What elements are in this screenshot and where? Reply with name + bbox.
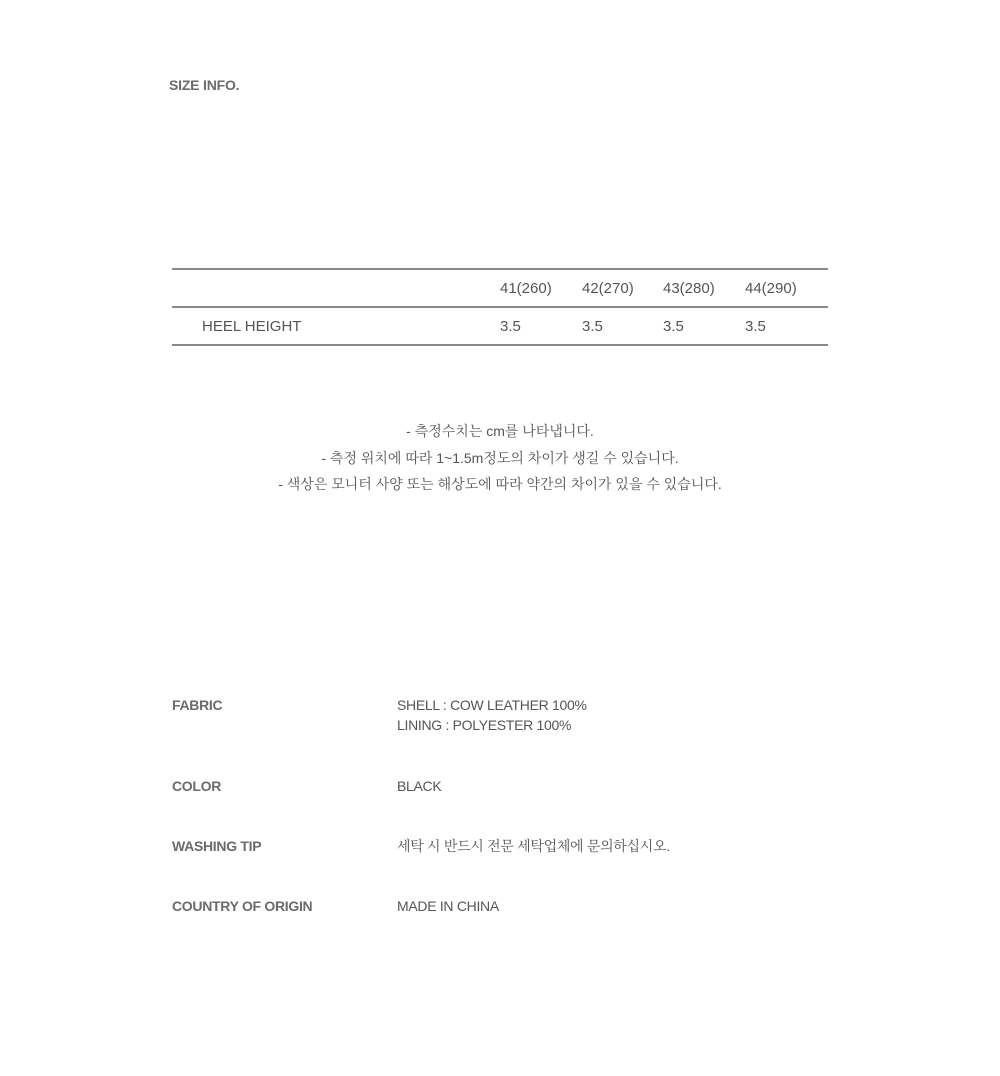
heel-height-44: 3.5 [745,307,828,345]
info-row-fabric: FABRIC SHELL : COW LEATHER 100% LINING :… [172,695,832,735]
info-row-washing-tip: WASHING TIP 세탁 시 반드시 전문 세탁업체에 문의하십시오. [172,836,832,856]
country-of-origin-label: COUNTRY OF ORIGIN [172,896,397,916]
washing-tip-label: WASHING TIP [172,836,397,856]
info-row-color: COLOR BLACK [172,776,832,796]
country-of-origin-value: MADE IN CHINA [397,896,499,916]
size-table-header-empty [172,269,500,307]
fabric-label: FABRIC [172,695,397,715]
size-header-41: 41(260) [500,269,582,307]
fabric-shell: SHELL : COW LEATHER 100% [397,695,587,715]
table-row: HEEL HEIGHT 3.5 3.5 3.5 3.5 [172,307,828,345]
size-info-title: SIZE INFO. [169,77,239,93]
row-label-heel-height: HEEL HEIGHT [172,307,500,345]
info-row-country-of-origin: COUNTRY OF ORIGIN MADE IN CHINA [172,896,832,916]
note-unit: - 측정수치는 cm를 나타냅니다. [0,418,1000,445]
measurement-notes: - 측정수치는 cm를 나타냅니다. - 측정 위치에 따라 1~1.5m정도의… [0,418,1000,498]
size-table: 41(260) 42(270) 43(280) 44(290) HEEL HEI… [172,268,828,346]
size-header-44: 44(290) [745,269,828,307]
fabric-value: SHELL : COW LEATHER 100% LINING : POLYES… [397,695,587,735]
fabric-lining: LINING : POLYESTER 100% [397,715,587,735]
note-color-variance: - 색상은 모니터 사양 또는 해상도에 따라 약간의 차이가 있을 수 있습니… [0,471,1000,498]
note-measurement-variance: - 측정 위치에 따라 1~1.5m정도의 차이가 생길 수 있습니다. [0,445,1000,472]
heel-height-41: 3.5 [500,307,582,345]
size-header-42: 42(270) [582,269,663,307]
washing-tip-value: 세탁 시 반드시 전문 세탁업체에 문의하십시오. [397,836,670,856]
color-label: COLOR [172,776,397,796]
heel-height-43: 3.5 [663,307,745,345]
heel-height-42: 3.5 [582,307,663,345]
color-value: BLACK [397,776,441,796]
size-table-header-row: 41(260) 42(270) 43(280) 44(290) [172,269,828,307]
product-info: FABRIC SHELL : COW LEATHER 100% LINING :… [172,695,832,956]
size-header-43: 43(280) [663,269,745,307]
